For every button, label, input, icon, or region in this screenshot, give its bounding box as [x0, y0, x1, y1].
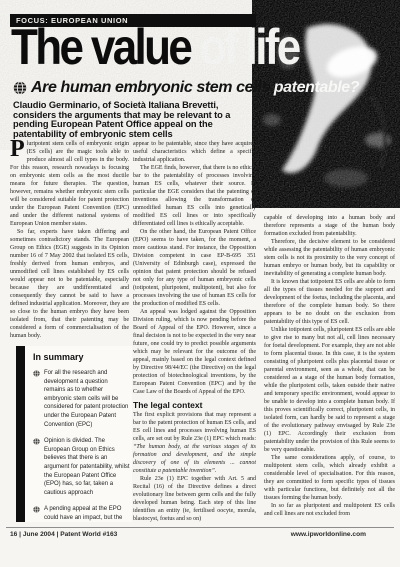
- paragraph: Pluripotent stem cells of embryonic orig…: [10, 140, 129, 228]
- paragraph: Unlike totipotent cells, pluripotent ES …: [264, 326, 395, 454]
- paragraph: Rule 23e (1) EPC together with Art. 5 an…: [133, 475, 256, 523]
- paragraph: So far, experts have taken differing and…: [10, 228, 129, 340]
- section-heading-legal-context: The legal context: [133, 401, 256, 409]
- summary-item-text: For all the research and development a q…: [44, 369, 130, 429]
- subtitle-black: Are human embryonic stem cells: [31, 79, 270, 97]
- subtitle-white: patentable?: [274, 79, 359, 97]
- globe-bullet-icon: [33, 506, 40, 513]
- rule-23e-quote: “The human body, at the various stages o…: [133, 444, 256, 474]
- kicker-bar: FOCUS: EUROPEAN UNION: [10, 14, 256, 27]
- summary-item: A pending appeal at the EPO could have a…: [33, 505, 130, 522]
- headline-black: The value: [11, 19, 200, 75]
- article-column-2: appear to be patentable, since they have…: [133, 140, 256, 526]
- summary-item: For all the research and development a q…: [33, 369, 130, 429]
- summary-item-text: A pending appeal at the EPO could have a…: [44, 505, 130, 522]
- article-column-3: capable of developing into a human body …: [264, 214, 395, 526]
- paragraph: Therefore, the decisive element to be co…: [264, 238, 395, 278]
- paragraph: appear to be patentable, since they have…: [133, 140, 256, 164]
- summary-title: In summary: [33, 352, 130, 362]
- paragraph: The first explicit provisions that may r…: [133, 411, 256, 475]
- kicker-label: FOCUS: EUROPEAN UNION: [16, 16, 128, 25]
- globe-bullet-icon: [33, 370, 40, 377]
- in-summary-box: In summary For all the research and deve…: [16, 346, 132, 522]
- drop-cap: P: [10, 140, 27, 159]
- headline-white: of life: [200, 19, 299, 75]
- paragraph-text: luripotent stem cells of embryonic origi…: [10, 141, 129, 227]
- standfirst: Claudio Germinario, of Società Italiana …: [13, 101, 255, 139]
- summary-item-text: Opinion is divided. The European Group o…: [44, 437, 130, 497]
- paragraph: It is known that totipotent ES cells are…: [264, 278, 395, 326]
- paragraph: The same considerations apply, of course…: [264, 454, 395, 502]
- paragraph-text: The first explicit provisions that may r…: [133, 412, 256, 442]
- globe-icon: [13, 81, 27, 95]
- footer-page-info: 16 | June 2004 | Patent World #163: [10, 531, 117, 538]
- page-title: The value of life: [11, 22, 299, 72]
- globe-bullet-icon: [33, 438, 40, 445]
- summary-item: Opinion is divided. The European Group o…: [33, 437, 130, 497]
- summary-accent-bar: [16, 346, 25, 522]
- summary-content: In summary For all the research and deve…: [25, 346, 132, 522]
- subtitle: Are human embryonic stem cells patentabl…: [13, 79, 359, 97]
- paragraph: capable of developing into a human body …: [264, 214, 395, 238]
- paragraph: The EGE finds, however, that there is no…: [133, 164, 256, 228]
- footer-rule: [6, 527, 394, 528]
- paragraph: On the other hand, the European Patent O…: [133, 228, 256, 308]
- footer-website: www.ipworldonline.com: [291, 531, 366, 538]
- magazine-page: FOCUS: EUROPEAN UNION The value of life …: [0, 0, 400, 567]
- paragraph: In so far as pluripotent and multipotent…: [264, 502, 395, 518]
- paragraph: An appeal was lodged against the Opposit…: [133, 308, 256, 396]
- article-column-1: Pluripotent stem cells of embryonic orig…: [10, 140, 129, 340]
